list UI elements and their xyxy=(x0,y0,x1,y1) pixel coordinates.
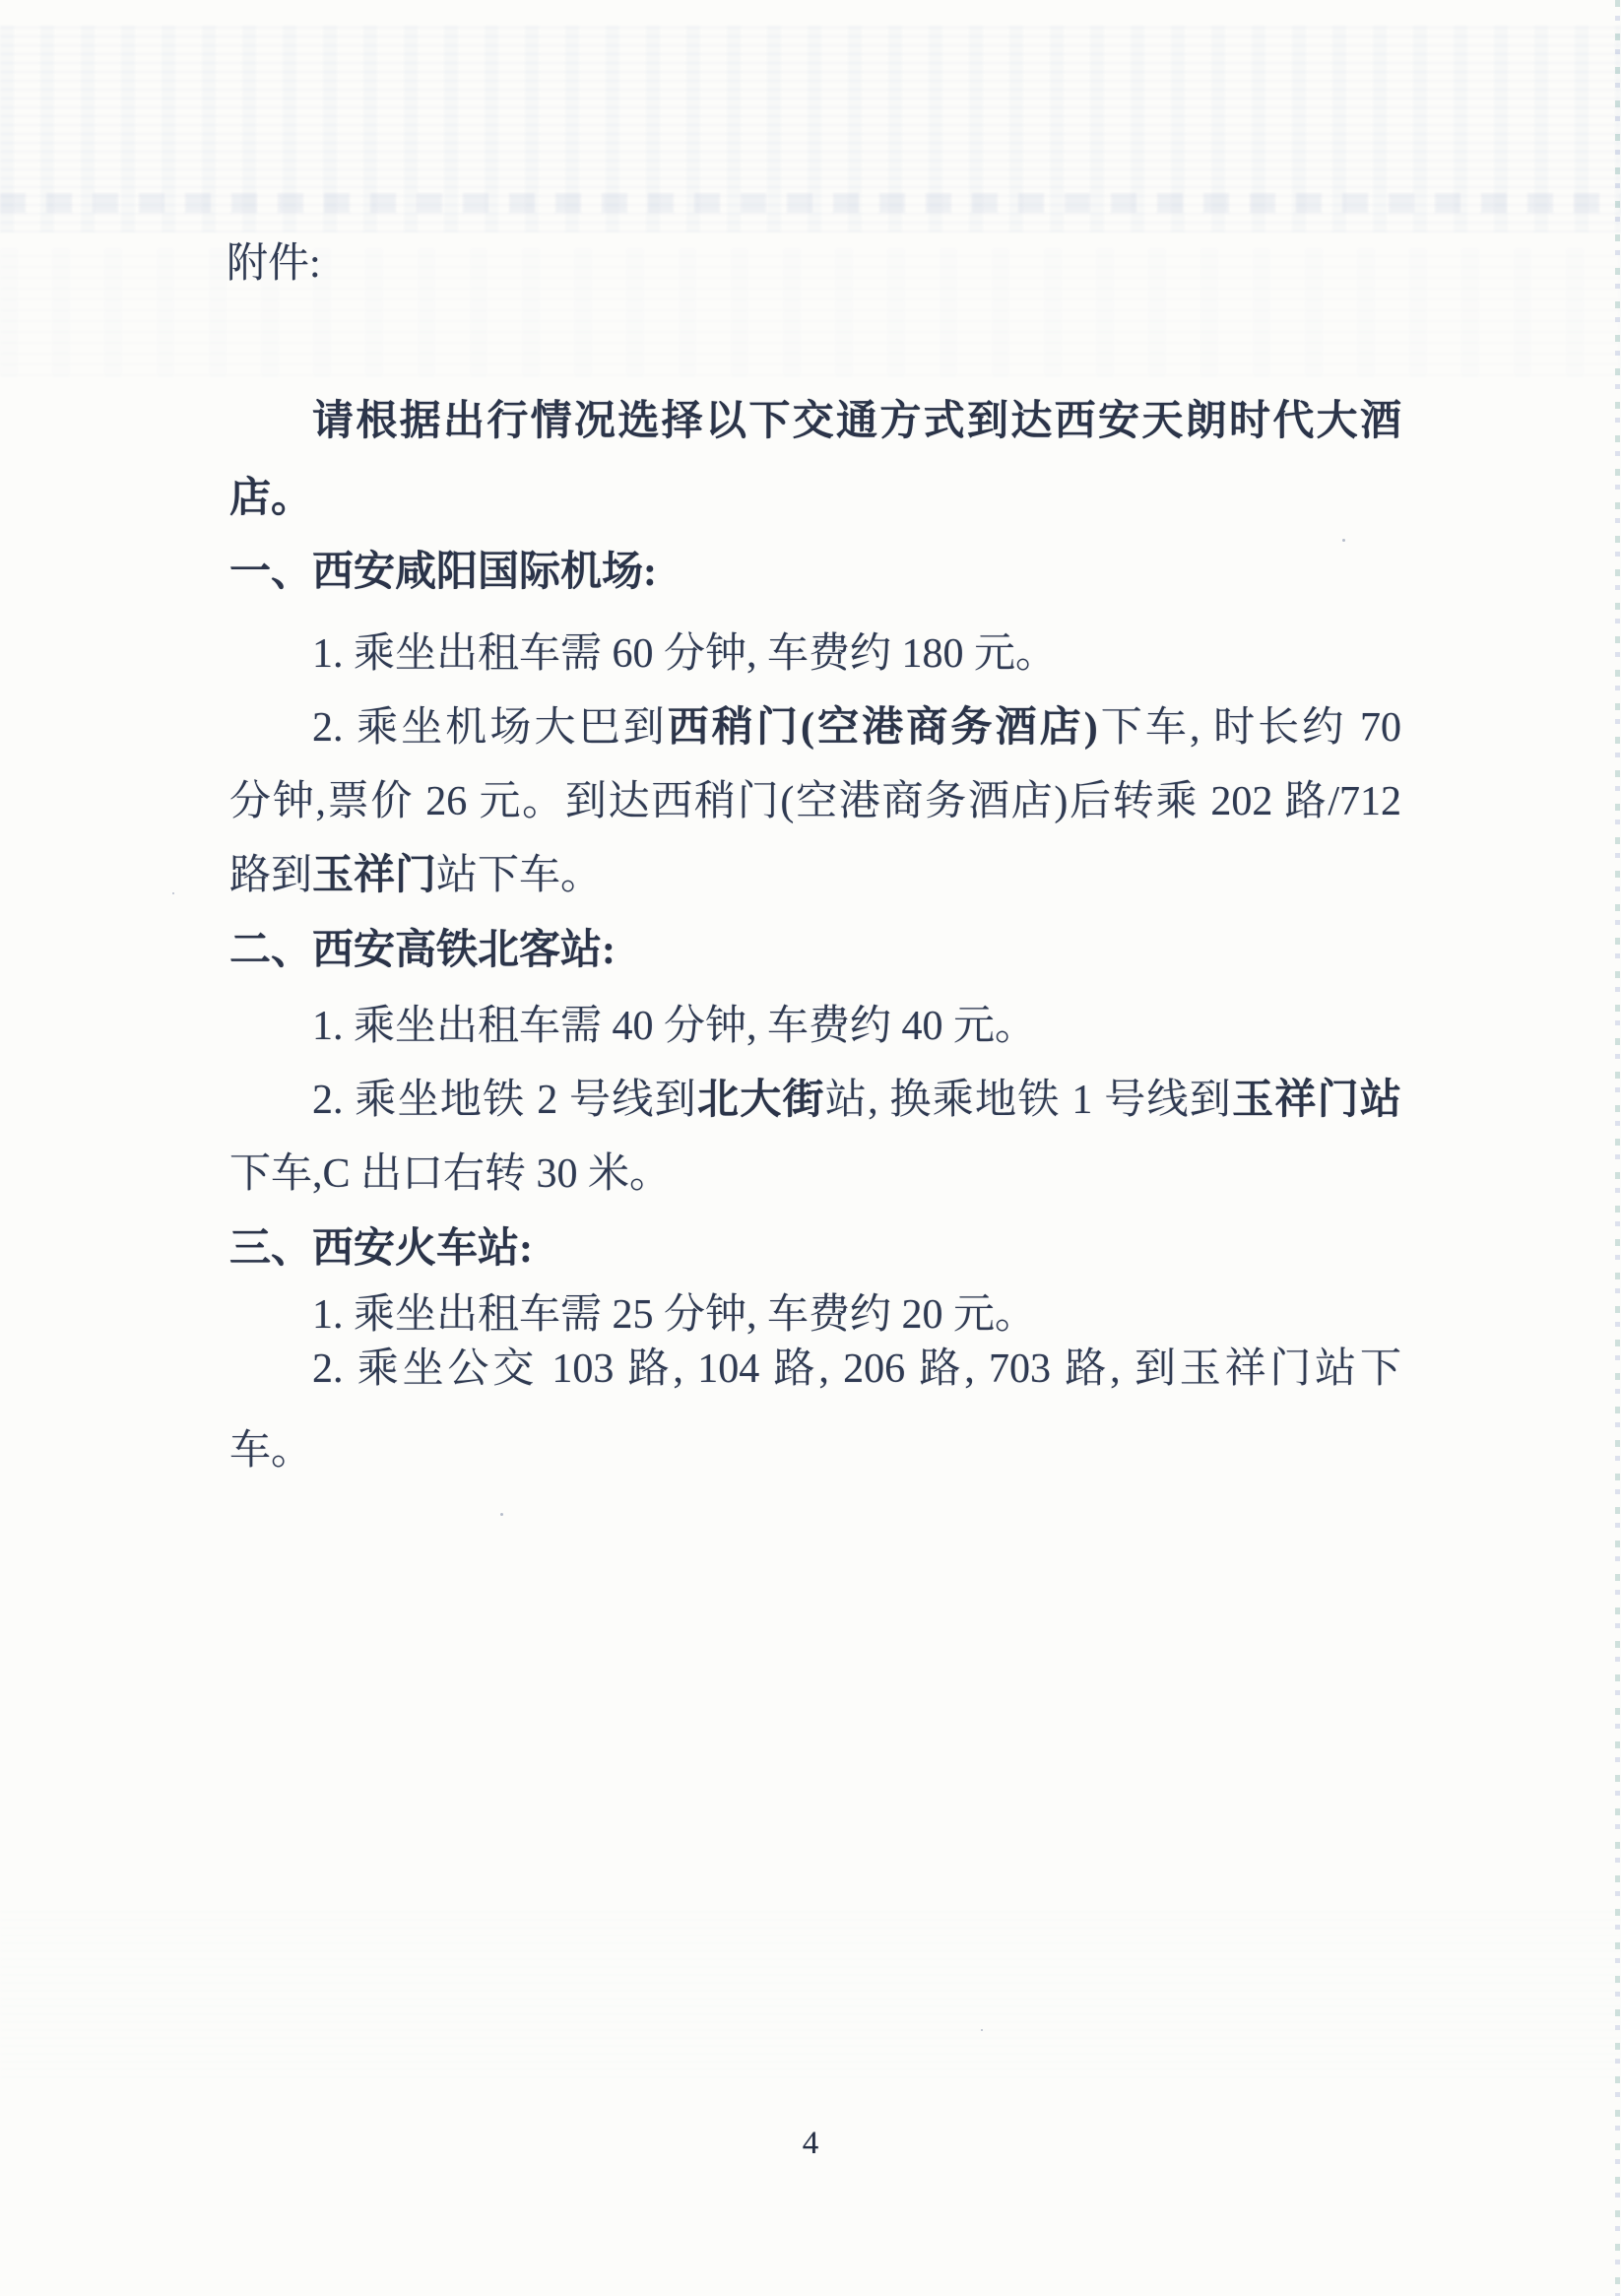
body-text: 分钟,票价 26 元。到达西稍门(空港商务酒店)后转乘 202 路/712 xyxy=(229,779,1401,824)
text-line: 分钟,票价 26 元。到达西稍门(空港商务酒店)后转乘 202 路/712 xyxy=(229,778,1401,827)
emphasized-text: 西稍门(空港商务酒店) xyxy=(668,705,1098,751)
text-line: 下车,C 出口右转 30 米。 xyxy=(229,1150,1401,1200)
body-text: 2. 乘坐地铁 2 号线到 xyxy=(312,1078,697,1123)
body-text: 1. 乘坐出租车需 60 分钟, 车费约 180 元。 xyxy=(312,631,1057,677)
emphasized-text: 店。 xyxy=(229,476,312,521)
paper-speckle xyxy=(172,892,174,894)
body-text: 下车, 时长约 70 xyxy=(1098,705,1401,751)
body-text: 路到 xyxy=(229,853,312,898)
text-line: 请根据出行情况选择以下交通方式到达西安天朗时代大酒 xyxy=(229,398,1401,447)
text-line: 三、西安火车站: xyxy=(229,1225,1401,1275)
emphasized-text: 玉祥门站 xyxy=(1232,1078,1401,1123)
emphasized-text: 一、西安咸阳国际机场: xyxy=(229,550,657,595)
text-line: 2. 乘坐公交 103 路, 104 路, 206 路, 703 路, 到玉祥门… xyxy=(229,1345,1401,1395)
scan-edge-artifact xyxy=(1615,0,1620,2296)
emphasized-text: 玉祥门 xyxy=(312,853,436,898)
text-line: 2. 乘坐地铁 2 号线到北大街站, 换乘地铁 1 号线到玉祥门站 xyxy=(229,1077,1401,1126)
body-text: 站, 换乘地铁 1 号线到 xyxy=(825,1078,1232,1123)
attachment-label: 附件: xyxy=(227,240,321,290)
emphasized-text: 请根据出行情况选择以下交通方式到达西安天朗时代大酒 xyxy=(312,399,1401,444)
body-text: 站下车。 xyxy=(436,853,602,898)
text-line: 2. 乘坐机场大巴到西稍门(空港商务酒店)下车, 时长约 70 xyxy=(229,704,1401,754)
document-body: 附件: 请根据出行情况选择以下交通方式到达西安天朗时代大酒店。一、西安咸阳国际机… xyxy=(229,0,1401,2296)
body-text: 1. 乘坐出租车需 40 分钟, 车费约 40 元。 xyxy=(312,1004,1036,1049)
scanned-document-page: 附件: 请根据出行情况选择以下交通方式到达西安天朗时代大酒店。一、西安咸阳国际机… xyxy=(0,0,1621,2296)
text-line: 二、西安高铁北客站: xyxy=(229,927,1401,976)
body-text: 1. 乘坐出租车需 25 分钟, 车费约 20 元。 xyxy=(312,1292,1036,1338)
body-text: 2. 乘坐公交 103 路, 104 路, 206 路, 703 路, 到玉祥门… xyxy=(312,1346,1401,1392)
body-text: 2. 乘坐机场大巴到 xyxy=(312,705,668,751)
text-line: 1. 乘坐出租车需 60 分钟, 车费约 180 元。 xyxy=(229,630,1401,680)
emphasized-text: 三、西安火车站: xyxy=(229,1226,533,1272)
text-line: 车。 xyxy=(229,1427,1401,1476)
body-text: 下车,C 出口右转 30 米。 xyxy=(229,1151,671,1197)
text-line: 店。 xyxy=(229,475,1401,524)
text-line: 一、西安咸阳国际机场: xyxy=(229,549,1401,598)
emphasized-text: 北大街 xyxy=(697,1078,825,1123)
emphasized-text: 二、西安高铁北客站: xyxy=(229,928,616,973)
text-line: 路到玉祥门站下车。 xyxy=(229,852,1401,901)
body-text: 车。 xyxy=(229,1428,312,1474)
page-number: 4 xyxy=(0,2126,1621,2162)
text-line: 1. 乘坐出租车需 40 分钟, 车费约 40 元。 xyxy=(229,1003,1401,1052)
text-line: 1. 乘坐出租车需 25 分钟, 车费约 20 元。 xyxy=(229,1291,1401,1341)
